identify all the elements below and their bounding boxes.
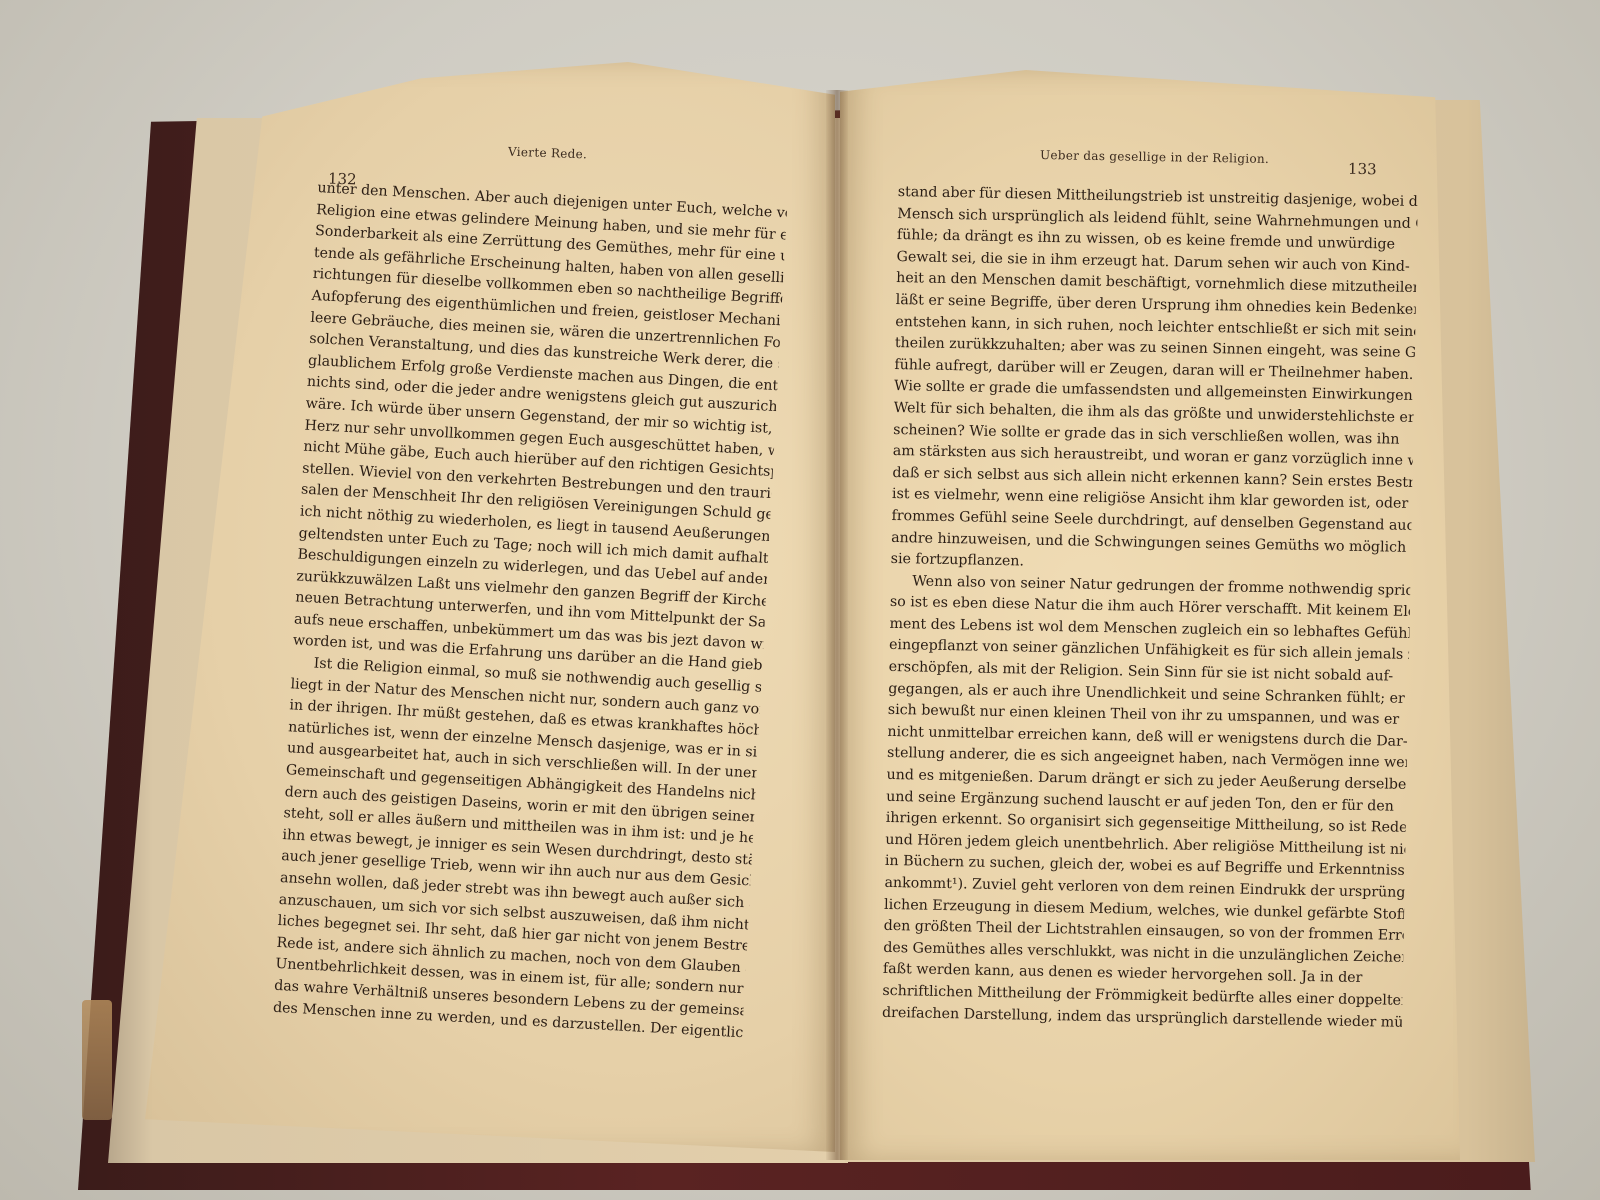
cover-wear-patch xyxy=(82,1000,112,1120)
left-running-head: Vierte Rede. xyxy=(508,145,588,162)
right-page-number: 133 xyxy=(1348,160,1377,178)
book-gutter xyxy=(826,90,848,1160)
left-page-text: unter den Menschen. Aber auch diejenigen… xyxy=(272,178,787,1044)
right-page-text: stand aber für diesen Mittheilungstrieb … xyxy=(882,182,1418,1034)
